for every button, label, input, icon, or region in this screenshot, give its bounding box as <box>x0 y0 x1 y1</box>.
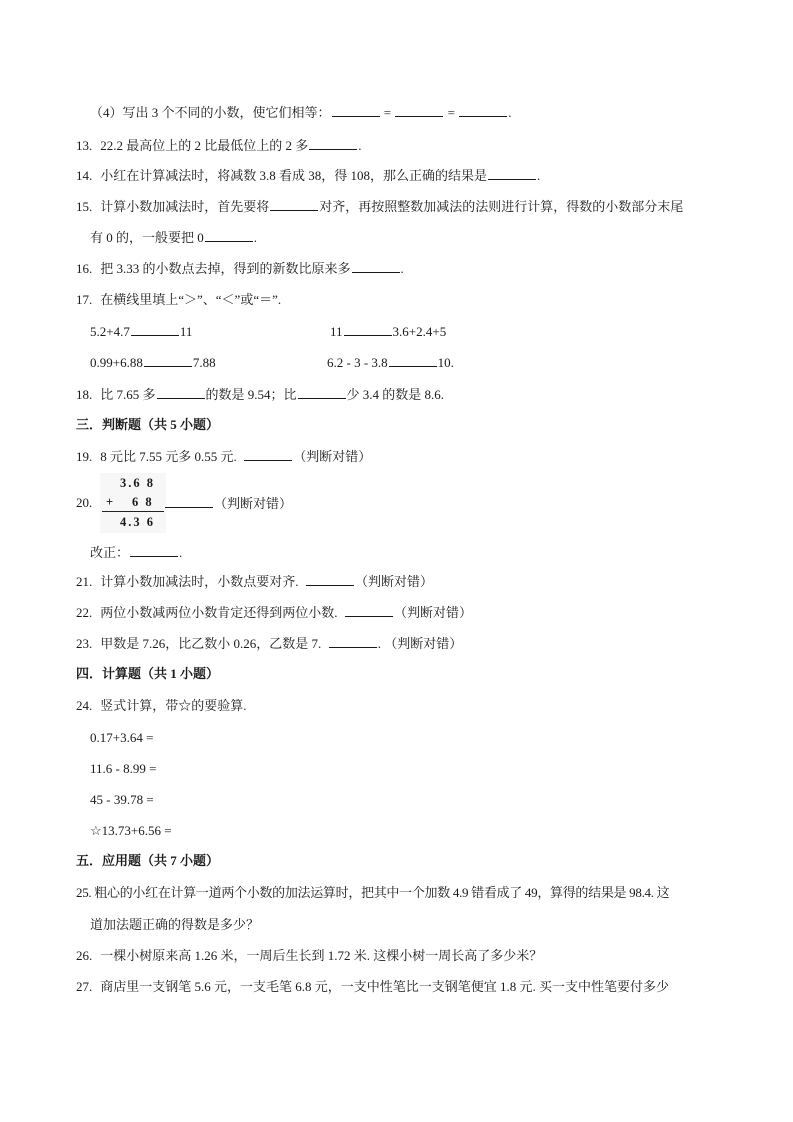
question-text: 粗心的小红在计算一道两个小数的加法运算时，把其中一个加数 4.9 错看成了 49… <box>94 885 669 900</box>
calc-item-starred: ☆13.73+6.56 = <box>90 823 172 839</box>
question-25: 25. 粗心的小红在计算一道两个小数的加法运算时，把其中一个加数 4.9 错看成… <box>76 885 669 901</box>
equals-sign: = <box>384 105 391 120</box>
period: . <box>537 168 540 183</box>
question-26: 26.一棵小树原来高 1.26 米，一周后生长到 1.72 米. 这棵小树一周长… <box>76 948 542 964</box>
question-22: 22.两位小数减两位小数肯定还得到两位小数. （判断对错） <box>76 604 472 621</box>
question-24: 24.竖式计算，带☆的要验算. <box>76 698 247 714</box>
period: . <box>508 105 511 120</box>
question-number: 13. <box>76 138 92 153</box>
compare-right: 10. <box>438 355 454 370</box>
question-16: 16.把 3.33 的小数点去掉，得到的新数比原来多. <box>76 260 404 277</box>
question-17: 17.在横线里填上“＞”、“＜”或“＝”. <box>76 292 281 308</box>
question-14: 14.小红在计算减法时，将减数 3.8 看成 38，得 108，那么正确的结果是… <box>76 167 540 184</box>
question-15-cont: 有 0 的，一般要把 0. <box>90 229 257 246</box>
question-text: 有 0 的，一般要把 0 <box>90 230 204 245</box>
calc-item: 11.6 - 8.99 = <box>90 761 156 777</box>
section-title-application: 五．应用题（共 7 小题） <box>76 853 219 869</box>
question-21: 21.计算小数加减法时，小数点要对齐. （判断对错） <box>76 573 433 590</box>
answer-blank[interactable] <box>157 386 205 399</box>
question-text: 少 3.4 的数是 8.6. <box>347 387 445 402</box>
answer-blank[interactable] <box>345 604 393 617</box>
compare-left: 0.99+6.88 <box>90 355 143 370</box>
calc-addend-1: 3.6 8 <box>120 476 155 491</box>
answer-blank[interactable] <box>389 354 437 367</box>
question-13: 13.22.2 最高位上的 2 比最低位上的 2 多. <box>76 137 362 154</box>
question-27: 27.商店里一支钢笔 5.6 元，一支毛笔 6.8 元，一支中性笔比一支钢笔便宜… <box>76 979 669 995</box>
question-23: 23.甲数是 7.26，比乙数小 0.26，乙数是 7. . （判断对错） <box>76 635 462 652</box>
question-text: 比 7.65 多 <box>100 387 155 402</box>
answer-blank[interactable] <box>309 137 357 150</box>
answer-blank[interactable] <box>352 260 400 273</box>
question-number: 25. <box>76 885 91 900</box>
question-number: 22. <box>76 605 92 620</box>
compare-item: 0.99+6.887.88 <box>90 354 216 371</box>
calc-addend-2: 6 8 <box>132 495 154 510</box>
question-number: 16. <box>76 261 92 276</box>
answer-blank[interactable] <box>306 573 354 586</box>
question-text: 计算小数加减法时，小数点要对齐. <box>100 574 298 589</box>
answer-blank[interactable] <box>144 354 192 367</box>
answer-blank[interactable] <box>205 229 253 242</box>
compare-left: 6.2 - 3 - 3.8 <box>327 355 388 370</box>
question-number: 21. <box>76 574 92 589</box>
answer-blank[interactable] <box>488 167 536 180</box>
answer-blank[interactable] <box>298 386 346 399</box>
compare-left: 5.2+4.7 <box>90 324 130 339</box>
section-title-judgement: 三．判断题（共 5 小题） <box>76 417 219 433</box>
question-19: 19.8 元比 7.55 元多 0.55 元. （判断对错） <box>76 448 371 465</box>
calc-item: 0.17+3.64 = <box>90 730 153 746</box>
compare-left: 11 <box>330 324 343 339</box>
question-20-number: 20. <box>76 495 92 511</box>
question-text: 22.2 最高位上的 2 比最低位上的 2 多 <box>100 138 308 153</box>
question-20-answer: （判断对错） <box>164 495 292 512</box>
question-text: 甲数是 7.26，比乙数小 0.26，乙数是 7. <box>100 636 321 651</box>
question-18: 18.比 7.65 多的数是 9.54；比少 3.4 的数是 8.6. <box>76 386 444 403</box>
q12-part4-text: （4）写出 3 个不同的小数，使它们相等： <box>90 105 331 120</box>
answer-blank[interactable] <box>165 495 213 508</box>
question-25-cont: 道加法题正确的得数是多少？ <box>90 917 259 933</box>
period: . <box>254 230 257 245</box>
calc-item: 45 - 39.78 = <box>90 792 154 808</box>
question-text: 的数是 9.54；比 <box>206 387 297 402</box>
equals-sign: = <box>448 105 455 120</box>
answer-blank[interactable] <box>329 635 377 648</box>
calc-operator: + <box>106 495 115 510</box>
judge-hint: （判断对错） <box>214 496 292 511</box>
compare-right: 3.6+2.4+5 <box>393 324 447 339</box>
answer-blank[interactable] <box>130 544 178 557</box>
vertical-calculation: 3.6 8 + 6 8 4.3 6 <box>100 473 166 533</box>
question-text: 计算小数加减法时，首先要将 <box>100 199 269 214</box>
answer-blank[interactable] <box>344 323 392 336</box>
answer-blank[interactable] <box>131 323 179 336</box>
q12-part4: （4）写出 3 个不同的小数，使它们相等： = = . <box>90 104 511 121</box>
period: . <box>179 545 182 560</box>
question-text: 对齐，再按照整数加减法的法则进行计算，得数的小数部分末尾 <box>319 199 683 214</box>
question-number: 27. <box>76 979 92 994</box>
question-text: 商店里一支钢笔 5.6 元，一支毛笔 6.8 元，一支中性笔比一支钢笔便宜 1.… <box>100 979 669 994</box>
calc-result: 4.3 6 <box>120 515 155 530</box>
question-text: 竖式计算，带☆的要验算. <box>100 698 246 713</box>
question-text: 小红在计算减法时，将减数 3.8 看成 38，得 108，那么正确的结果是 <box>100 168 487 183</box>
compare-item: 6.2 - 3 - 3.810. <box>327 354 454 371</box>
calc-rule <box>102 511 164 512</box>
question-number: 23. <box>76 636 92 651</box>
section-title-calculation: 四．计算题（共 1 小题） <box>76 666 219 682</box>
question-number: 17. <box>76 292 92 307</box>
question-15: 15.计算小数加减法时，首先要将对齐，再按照整数加减法的法则进行计算，得数的小数… <box>76 198 683 215</box>
period: . <box>401 261 404 276</box>
answer-blank[interactable] <box>395 104 443 117</box>
judge-hint: . （判断对错） <box>378 636 463 651</box>
compare-item: 5.2+4.711 <box>90 323 192 340</box>
question-20-fix: 改正：. <box>90 544 182 561</box>
judge-hint: （判断对错） <box>394 605 472 620</box>
question-number: 18. <box>76 387 92 402</box>
compare-right: 11 <box>180 324 193 339</box>
question-number: 15. <box>76 199 92 214</box>
question-number: 14. <box>76 168 92 183</box>
question-text: 一棵小树原来高 1.26 米，一周后生长到 1.72 米. 这棵小树一周长高了多… <box>100 948 542 963</box>
question-number: 19. <box>76 449 92 464</box>
fix-label: 改正： <box>90 545 129 560</box>
question-text: 在横线里填上“＞”、“＜”或“＝”. <box>100 292 281 307</box>
question-number: 24. <box>76 698 92 713</box>
answer-blank[interactable] <box>332 104 380 117</box>
judge-hint: （判断对错） <box>355 574 433 589</box>
answer-blank[interactable] <box>244 448 292 461</box>
answer-blank[interactable] <box>459 104 507 117</box>
question-text: 两位小数减两位小数肯定还得到两位小数. <box>100 605 337 620</box>
compare-right: 7.88 <box>193 355 216 370</box>
question-text: 8 元比 7.55 元多 0.55 元. <box>100 449 237 464</box>
compare-item: 113.6+2.4+5 <box>330 323 446 340</box>
question-number: 26. <box>76 948 92 963</box>
question-text: 把 3.33 的小数点去掉，得到的新数比原来多 <box>100 261 350 276</box>
period: . <box>358 138 361 153</box>
answer-blank[interactable] <box>270 198 318 211</box>
judge-hint: （判断对错） <box>293 449 371 464</box>
